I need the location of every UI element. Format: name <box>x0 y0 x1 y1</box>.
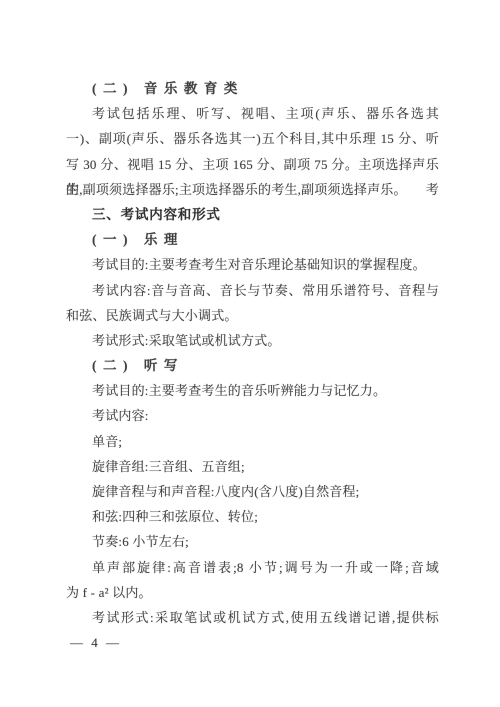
page-body: (二) 音乐教育类考试包括乐理、听写、视唱、主项(声乐、器乐各选其一)、副项(声… <box>66 76 439 655</box>
text-line: 一)、副项(声乐、器乐各选其一)五个科目,其中乐理 15 分、听 <box>66 126 439 151</box>
page-number: — 4 — <box>66 630 439 655</box>
text-line: 旋律音组:三音组、五音组; <box>66 454 439 479</box>
text-line: 考试形式:采取笔试或机试方式,使用五线谱记谱,提供标 <box>66 605 439 630</box>
text-line: 考试包括乐理、听写、视唱、主项(声乐、器乐各选其 <box>66 101 439 126</box>
text-line: 节奏:6 小节左右; <box>66 529 439 554</box>
text-line: 考试目的:主要考查考生的音乐听辨能力与记忆力。 <box>66 378 439 403</box>
text-line: (一) 乐理 <box>66 227 439 252</box>
document-lines: (二) 音乐教育类考试包括乐理、听写、视唱、主项(声乐、器乐各选其一)、副项(声… <box>66 76 439 630</box>
text-line: 单声部旋律:高音谱表;8 小节;调号为一升或一降;音域 <box>66 555 439 580</box>
text-line: 和弦、民族调式与大小调式。 <box>66 303 439 328</box>
text-line: 旋律音程与和声音程:八度内(含八度)自然音程; <box>66 479 439 504</box>
text-line: 和弦:四种三和弦原位、转位; <box>66 504 439 529</box>
document-page: (二) 音乐教育类考试包括乐理、听写、视唱、主项(声乐、器乐各选其一)、副项(声… <box>0 0 500 707</box>
text-line: 考试目的:主要考查考生对音乐理论基础知识的掌握程度。 <box>66 252 439 277</box>
text-line: 为 f - a² 以内。 <box>66 580 439 605</box>
text-line: 写 30 分、视唱 15 分、主项 165 分、副项 75 分。主项选择声乐的考 <box>66 152 439 177</box>
text-line: (二) 听写 <box>66 353 439 378</box>
text-line: 生,副项须选择器乐;主项选择器乐的考生,副项须选择声乐。 <box>66 177 439 202</box>
text-line: 单音; <box>66 429 439 454</box>
text-line: 考试形式:采取笔试或机试方式。 <box>66 328 439 353</box>
text-line: (二) 音乐教育类 <box>66 76 439 101</box>
text-line: 三、考试内容和形式 <box>66 202 439 227</box>
text-line: 考试内容: <box>66 403 439 428</box>
text-line: 考试内容:音与音高、音长与节奏、常用乐谱符号、音程与 <box>66 278 439 303</box>
